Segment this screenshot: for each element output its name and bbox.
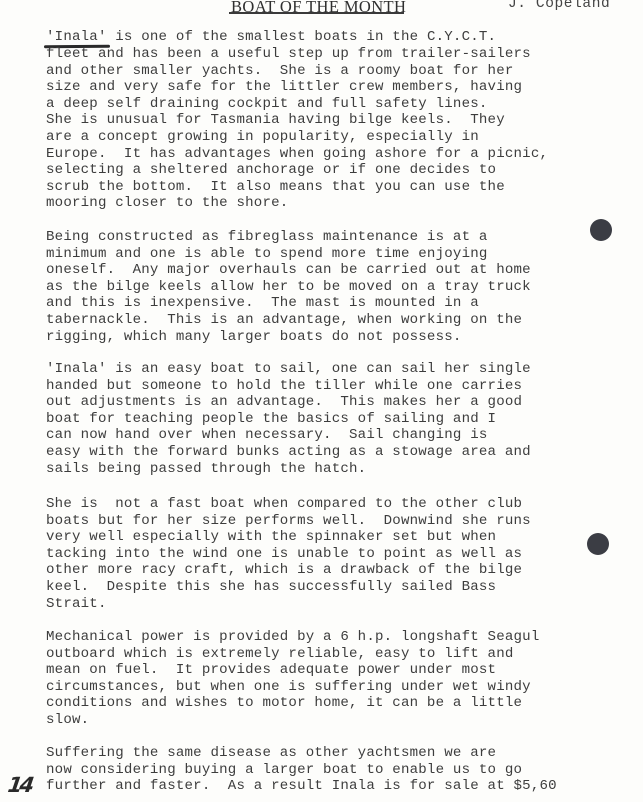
paragraph-sailing: 'Inala' is an easy boat to sail, one can… [46,361,531,477]
boat-name-underlined: 'Inala' [46,29,107,45]
paragraph-performance: She is not a fast boat when compared to … [46,496,531,612]
paragraph-for-sale: Suffering the same disease as other yach… [46,745,557,795]
paragraph-intro: fleet and has been a useful step up from… [46,46,548,212]
page-title: BOAT OF THE MONTH [231,0,406,17]
author-name: J. Copeland [508,0,610,12]
paragraph-mechanical: Mechanical power is provided by a 6 h.p.… [46,629,540,729]
handwritten-page-number: 14 [6,773,33,797]
document-page: BOAT OF THE MONTH J. Copeland 'Inala' is… [0,0,643,802]
punch-hole-lower [587,533,609,555]
paragraph-intro-first-line: 'Inala' is one of the smallest boats in … [46,29,496,46]
punch-hole-upper [590,219,612,241]
title-underline [229,12,404,14]
paragraph-construction: Being constructed as fibreglass maintena… [46,229,531,345]
intro-first-line-text: is one of the smallest boats in the C.Y.… [107,29,497,45]
